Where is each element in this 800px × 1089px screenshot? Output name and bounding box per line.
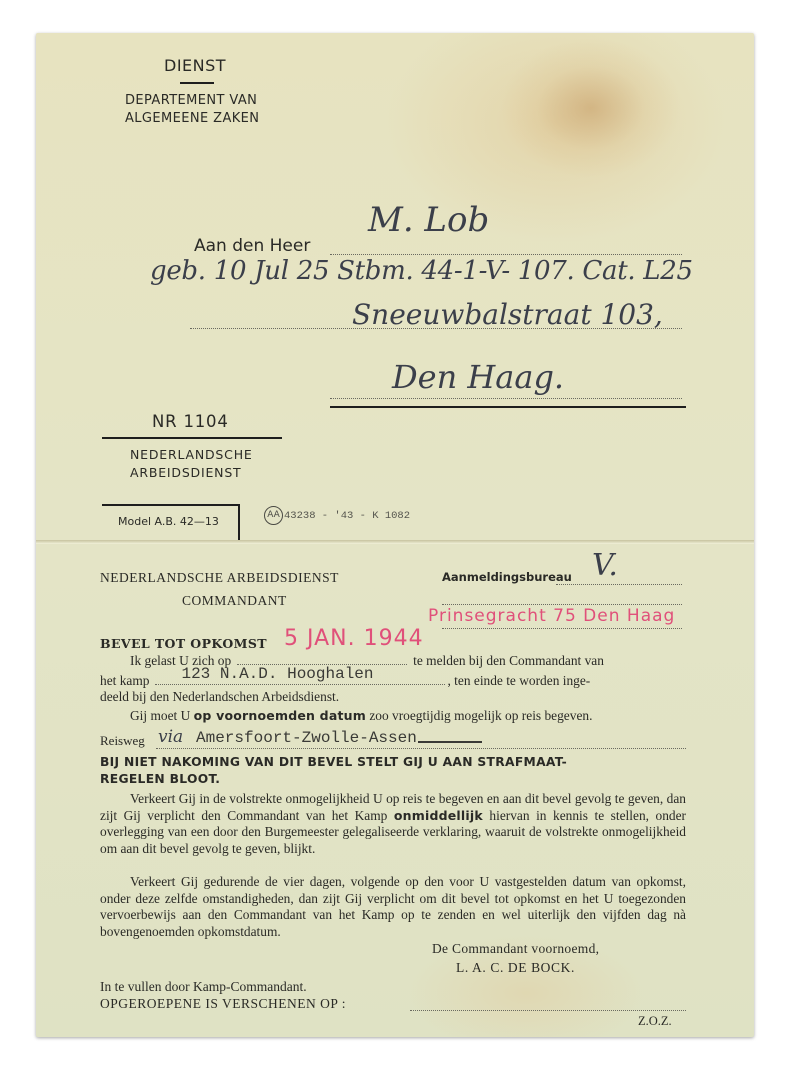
- issuer-line-1: NEDERLANDSCHE ARBEIDSDIENST: [100, 570, 339, 586]
- paragraph-impossibility: Verkeert Gij in de volstrekte onmogelijk…: [100, 791, 686, 857]
- camp-fill-label: In te vullen door Kamp-Commandant.: [100, 979, 307, 995]
- camp-value: 123 N.A.D. Hooghalen: [181, 666, 373, 683]
- form-number-rule: [102, 437, 282, 439]
- bureau-address-stamp: Prinsegracht 75 Den Haag: [428, 606, 675, 626]
- warning-line-2: REGELEN BLOOT.: [100, 771, 686, 788]
- bureau-address-line-2: [442, 628, 682, 629]
- penalty-warning: BIJ NIET NAKOMING VAN DIT BEVEL STELT GI…: [100, 754, 686, 788]
- route-dotted-line: [156, 748, 686, 749]
- appeared-label: OPGEROEPENE IS VERSCHENEN OP :: [100, 996, 346, 1012]
- department-line-2: ALGEMEENE ZAKEN: [125, 110, 259, 128]
- city-dotted-line: [330, 398, 682, 399]
- p2-text-b: zoo vroegtijdig mogelijk op reis begeven…: [369, 708, 592, 723]
- paragraph-travel: Gij moet U op voornoemden datum zoo vroe…: [130, 708, 686, 725]
- form-org-line-1: NEDERLANDSCHE: [130, 446, 253, 464]
- issuer-line-2: COMMANDANT: [182, 593, 287, 609]
- order-title: BEVEL TOT OPKOMST: [100, 636, 267, 651]
- route-label: Reisweg: [100, 733, 145, 749]
- bureau-label: Aanmeldingsbureau: [442, 570, 572, 584]
- bureau-dotted-line: [556, 584, 682, 585]
- form-org: NEDERLANDSCHE ARBEIDSDIENST: [130, 446, 253, 482]
- route-value: Amersfoort-Zwolle-Assen: [196, 729, 417, 747]
- salutation: Aan den Heer: [194, 236, 310, 256]
- printer-mark-icon: AA: [264, 506, 283, 525]
- bureau-address-line-1: [442, 604, 682, 605]
- p1-text-e: deeld bij den Nederlandschen Arbeidsdien…: [100, 689, 686, 706]
- route-strikethrough: [418, 741, 482, 743]
- form-number: NR 1104: [152, 412, 229, 431]
- bureau-value: V.: [592, 548, 618, 583]
- paragraph-report: Ik gelast U zich op te melden bij den Co…: [100, 653, 686, 706]
- org-title: DIENST: [164, 56, 226, 75]
- name-line: [330, 254, 682, 255]
- recipient-name: M. Lob: [368, 200, 489, 240]
- recipient-city: Den Haag.: [392, 358, 564, 396]
- form-org-line-2: ARBEIDSDIENST: [130, 464, 253, 482]
- date-stamp: 5 JAN. 1944: [284, 626, 424, 651]
- print-code: 43238 - '43 - K 1082: [284, 510, 410, 522]
- p2-text-a: Gij moet U: [130, 708, 190, 723]
- model-label: Model A.B. 42—13: [118, 515, 219, 528]
- p1-text-c: het kamp: [100, 673, 149, 690]
- header-divider: [180, 82, 214, 84]
- model-box-top: [102, 504, 240, 506]
- route-prefix: via: [158, 727, 183, 747]
- p1-text-b: te melden bij den Commandant van: [413, 653, 604, 670]
- turn-over: Z.O.Z.: [638, 1014, 672, 1029]
- appeared-dotted-line: [410, 1010, 686, 1011]
- warning-line-1: BIJ NIET NAKOMING VAN DIT BEVEL STELT GI…: [100, 754, 686, 771]
- city-underline: [330, 406, 686, 408]
- p3-bold: onmiddellijk: [394, 808, 483, 823]
- model-box-side: [238, 504, 240, 540]
- recipient-street: Sneeuwbalstraat 103,: [352, 298, 663, 331]
- p2-bold: op voornoemden datum: [194, 708, 366, 723]
- signoff-line-1: De Commandant voornoemd,: [432, 941, 599, 957]
- fold-line: [36, 540, 754, 544]
- department-line-1: DEPARTEMENT VAN: [125, 92, 259, 110]
- p1-text-d: , ten einde te worden inge-: [447, 673, 590, 690]
- recipient-details: geb. 10 Jul 25 Stbm. 44-1-V- 107. Cat. L…: [150, 256, 693, 286]
- department-name: DEPARTEMENT VAN ALGEMEENE ZAKEN: [125, 92, 259, 128]
- paragraph-four-days: Verkeert Gij gedurende de vier dagen, vo…: [100, 874, 686, 940]
- signoff-name: L. A. C. DE BOCK.: [456, 960, 575, 976]
